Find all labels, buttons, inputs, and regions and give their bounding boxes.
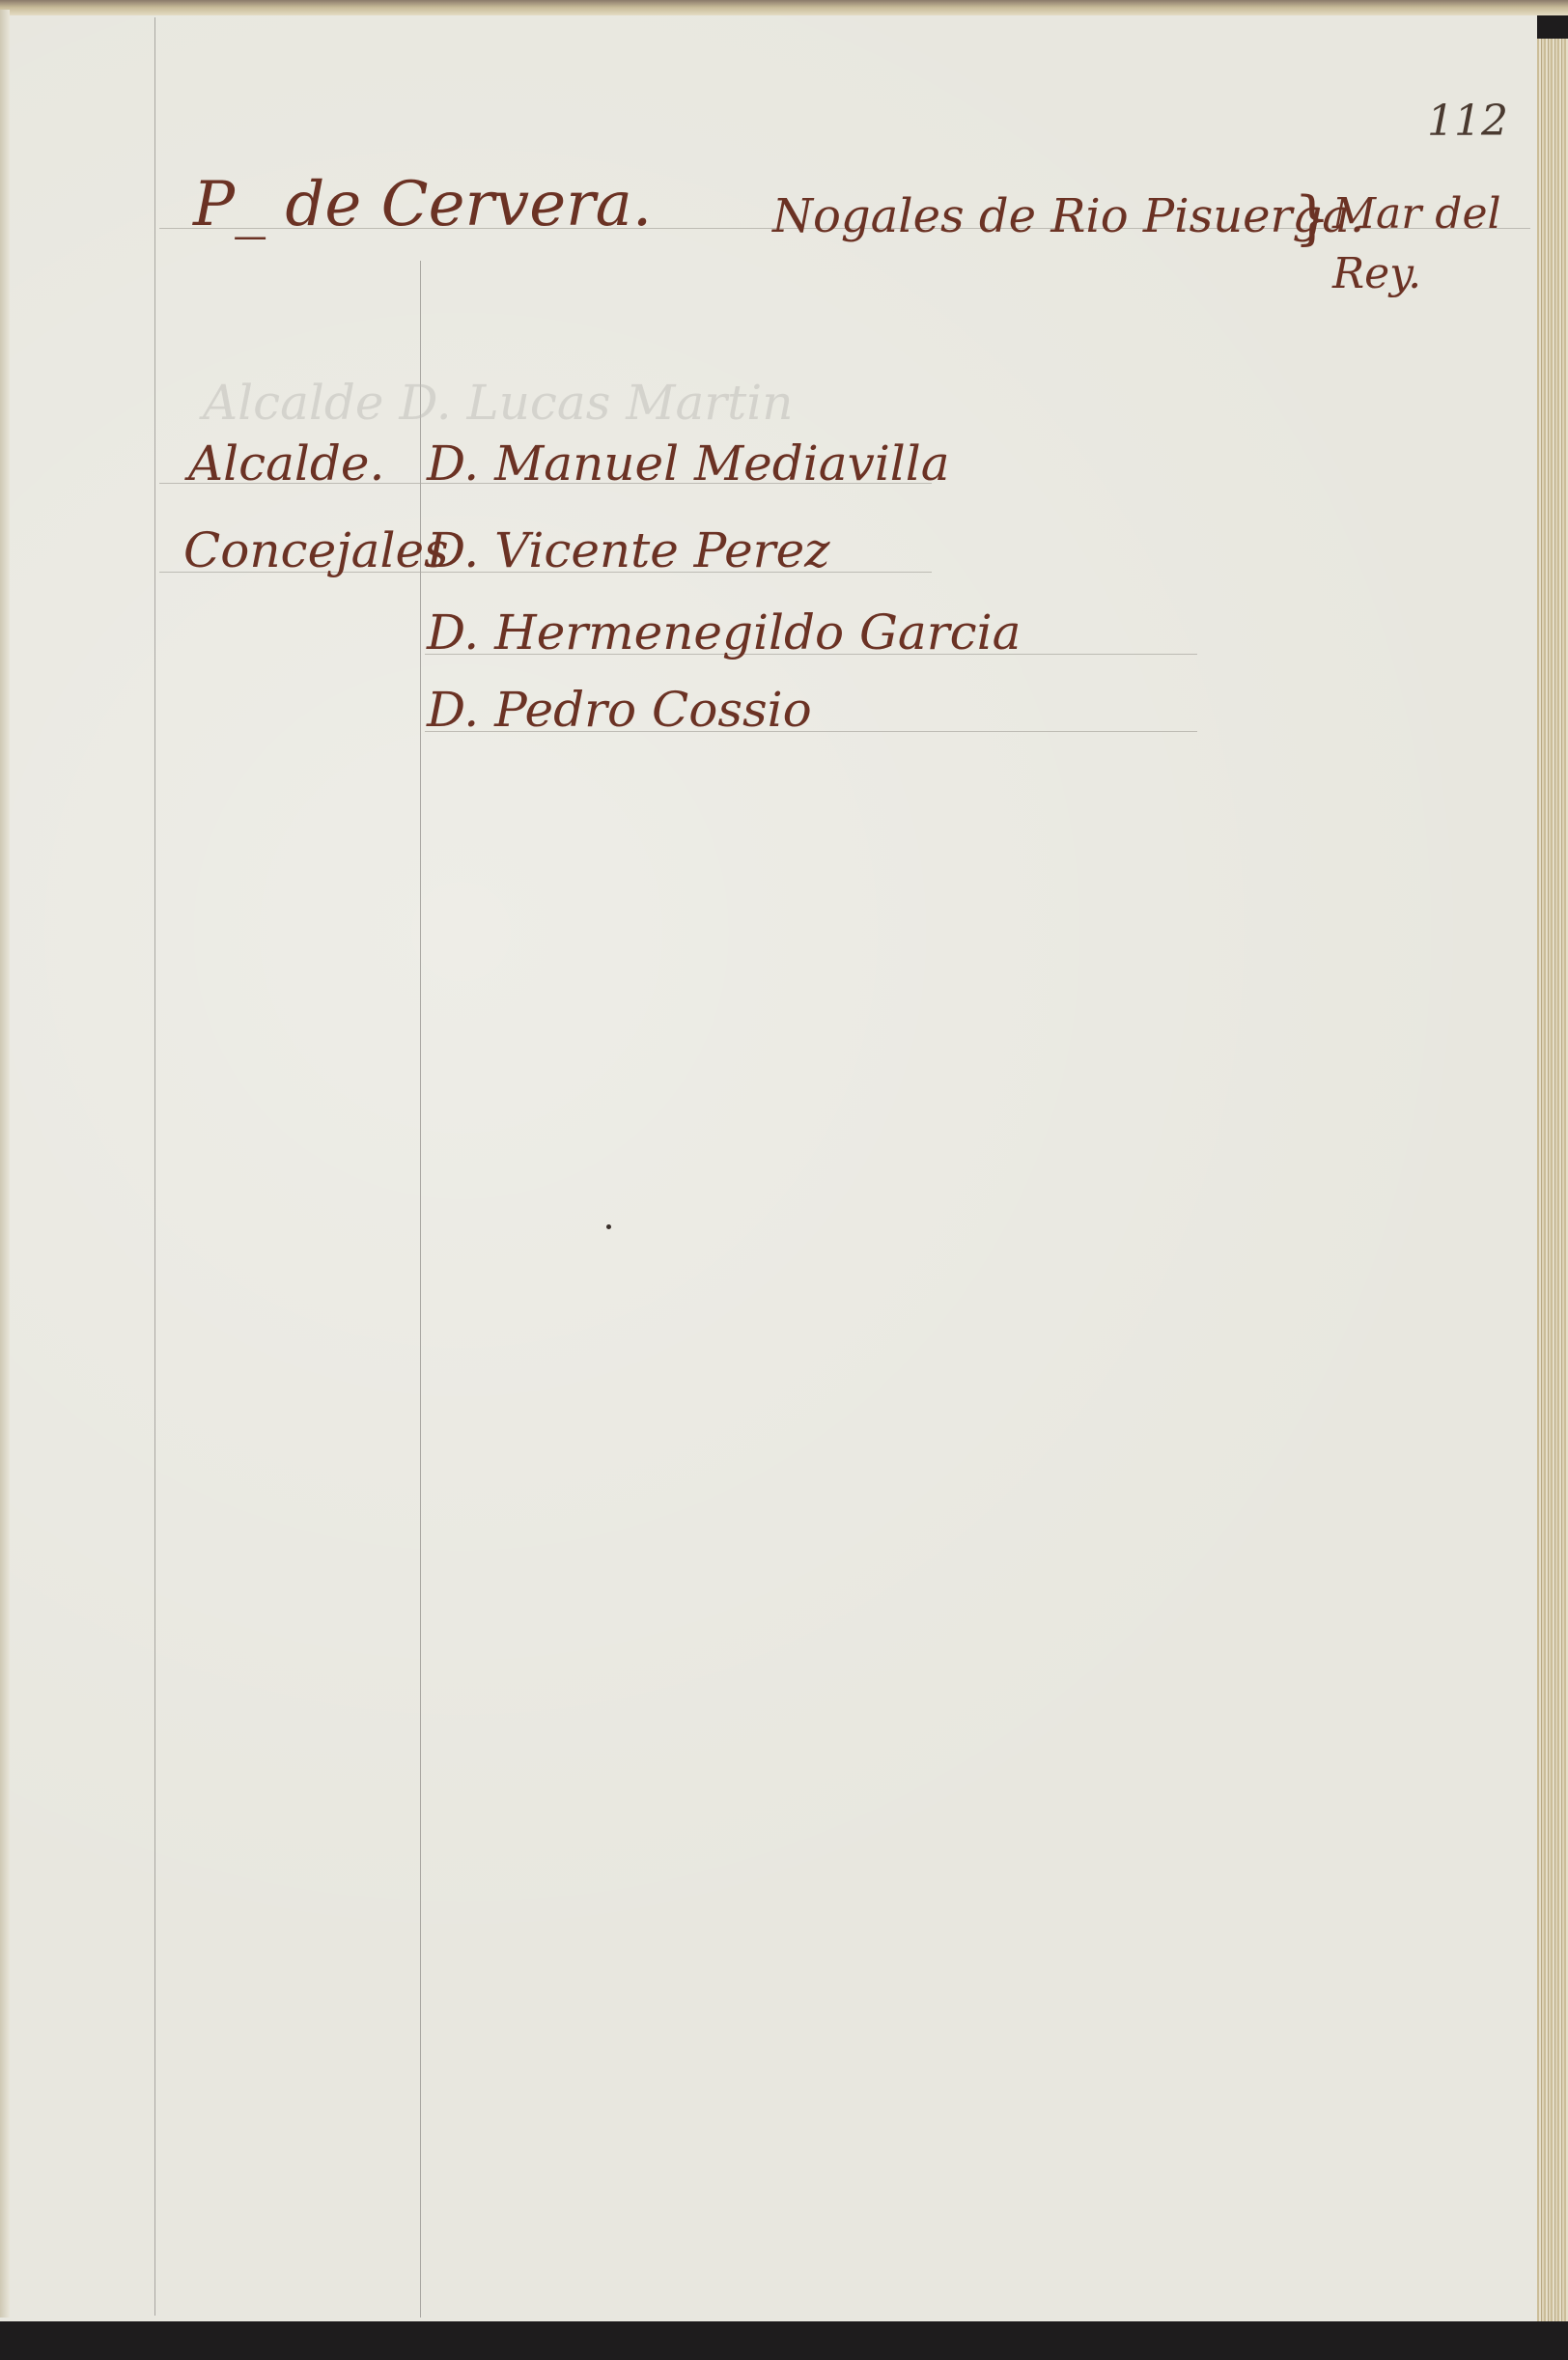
manuscript-page: 112 P_ de Cervera. Nogales de Rio Pisuer… bbox=[0, 0, 1537, 2332]
page-number: 112 bbox=[1427, 97, 1508, 146]
mayor-name: D. Manuel Mediavilla bbox=[427, 439, 950, 488]
municipality-heading: Nogales de Rio Pisuerga. bbox=[772, 193, 1364, 239]
ink-speck bbox=[606, 1224, 611, 1229]
bracket-glyph: } bbox=[1294, 189, 1330, 247]
jurisdiction-line-2: Rey. bbox=[1332, 253, 1421, 295]
left-margin-rule bbox=[154, 17, 155, 2316]
councillor-name: D. Pedro Cossio bbox=[427, 686, 812, 734]
district-heading: P_ de Cervera. bbox=[193, 174, 652, 236]
councillor-name: D. Vicente Perez bbox=[427, 526, 830, 575]
jurisdiction-line-1: Mar del bbox=[1332, 193, 1501, 236]
book-top-edge bbox=[0, 0, 1568, 15]
scan-background bbox=[0, 2321, 1568, 2360]
book-gutter bbox=[0, 10, 10, 2318]
councillor-name: D. Hermenegildo Garcia bbox=[427, 608, 1021, 657]
bleed-through-text: Alcalde D. Lucas Martin bbox=[203, 379, 793, 427]
mayor-role-label: Alcalde. bbox=[188, 439, 384, 488]
councillors-label: Concejales bbox=[183, 526, 449, 575]
page-stack-edge bbox=[1537, 39, 1568, 2329]
